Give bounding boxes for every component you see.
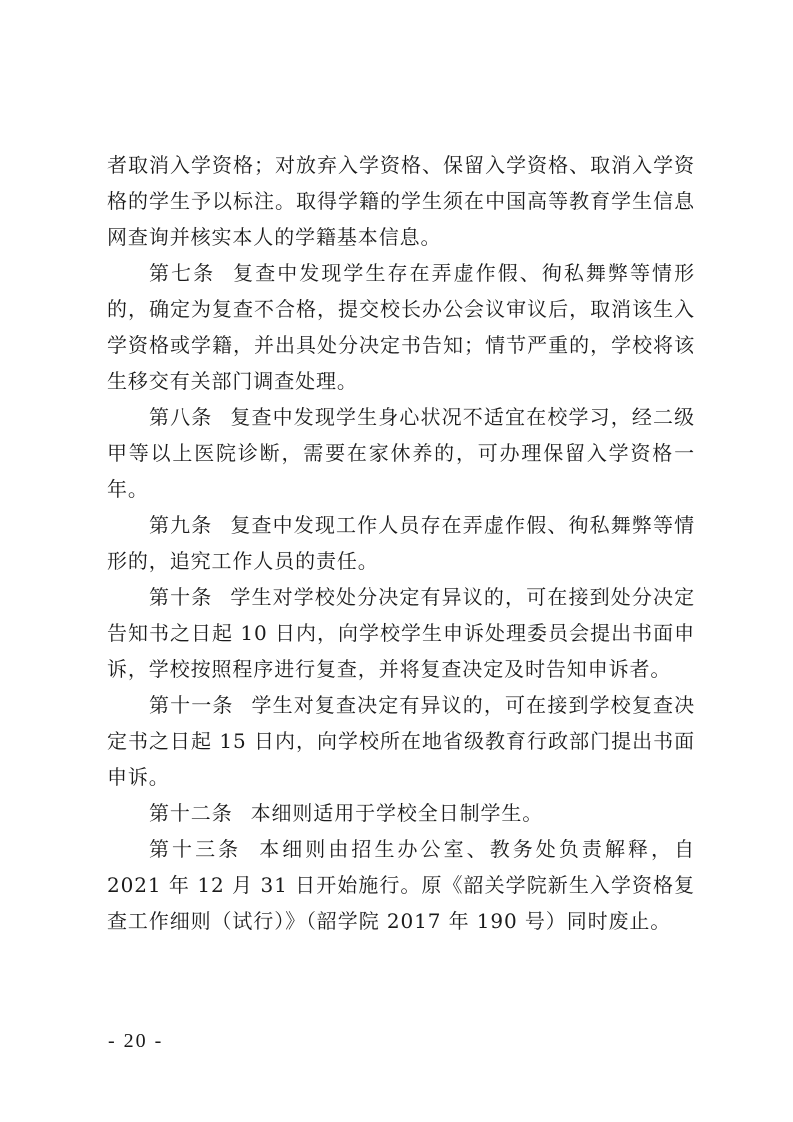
document-page: 者取消入学资格；对放弃入学资格、保留入学资格、取消入学资格的学生予以标注。取得学… <box>0 0 793 1122</box>
article-10: 第十条学生对学校处分决定有异议的，可在接到处分决定告知书之日起 10 日内，向学… <box>107 579 695 687</box>
paragraph-text: 本细则适用于学校全日制学生。 <box>251 801 544 825</box>
article-heading: 第八条 <box>149 405 212 429</box>
article-12: 第十二条本细则适用于学校全日制学生。 <box>107 795 695 831</box>
paragraph-text: 者取消入学资格；对放弃入学资格、保留入学资格、取消入学资格的学生予以标注。取得学… <box>107 153 695 249</box>
page-number: - 20 - <box>108 1030 163 1053</box>
article-heading: 第十条 <box>149 585 212 609</box>
article-heading: 第十二条 <box>149 801 233 825</box>
article-11: 第十一条学生对复查决定有异议的，可在接到学校复查决定书之日起 15 日内，向学校… <box>107 687 695 795</box>
article-7: 第七条复查中发现学生存在弄虚作假、徇私舞弊等情形的，确定为复查不合格，提交校长办… <box>107 255 695 399</box>
article-8: 第八条复查中发现学生身心状况不适宜在校学习，经二级甲等以上医院诊断，需要在家休养… <box>107 399 695 507</box>
article-heading: 第十一条 <box>149 693 234 717</box>
article-heading: 第七条 <box>149 261 215 285</box>
article-9: 第九条复查中发现工作人员存在弄虚作假、徇私舞弊等情形的，追究工作人员的责任。 <box>107 507 695 579</box>
article-heading: 第九条 <box>149 513 212 537</box>
article-13: 第十三条本细则由招生办公室、教务处负责解释，自 2021 年 12 月 31 日… <box>107 831 695 939</box>
document-body: 者取消入学资格；对放弃入学资格、保留入学资格、取消入学资格的学生予以标注。取得学… <box>107 147 695 939</box>
paragraph-continuation: 者取消入学资格；对放弃入学资格、保留入学资格、取消入学资格的学生予以标注。取得学… <box>107 147 695 255</box>
article-heading: 第十三条 <box>149 837 241 861</box>
